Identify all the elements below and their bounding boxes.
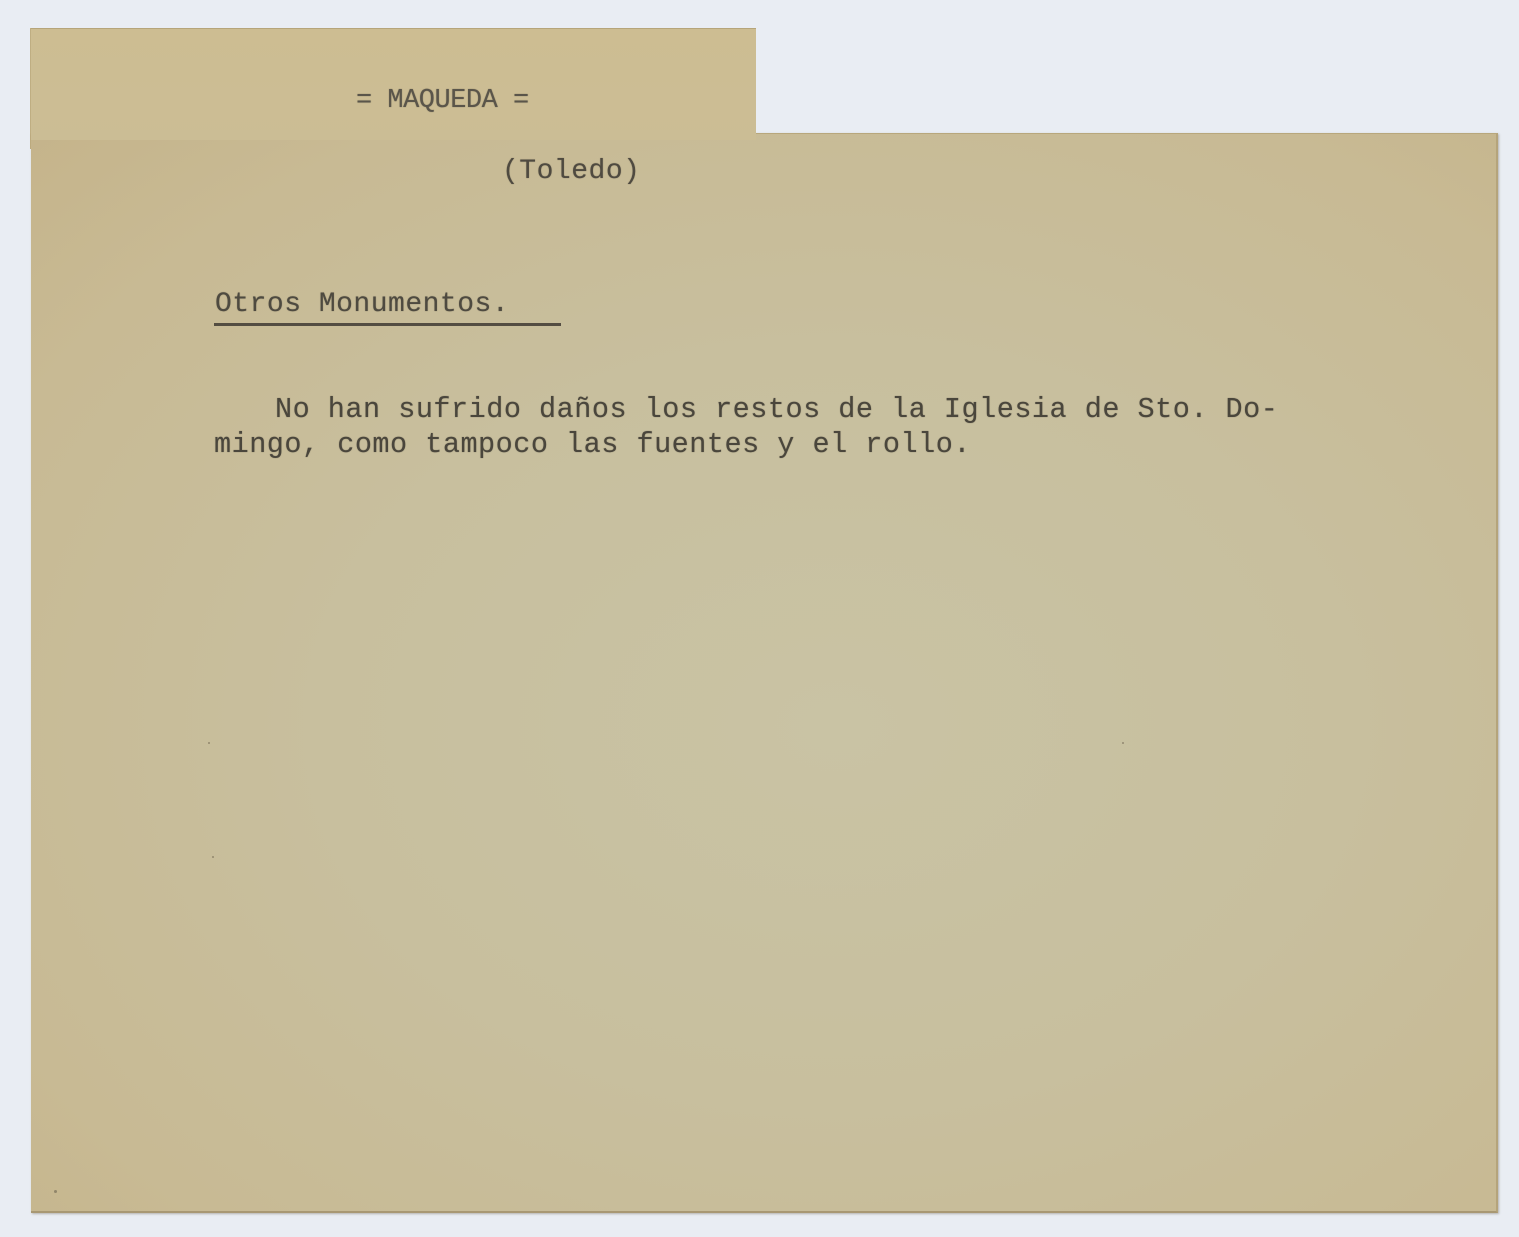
paragraph-line-2: mingo, como tampoco las fuentes y el rol… [214,428,971,461]
document-subtitle: (Toledo) [502,156,640,187]
section-heading: Otros Monumentos. [215,289,509,320]
paragraph-line-1: No han sufrido daños los restos de la Ig… [275,393,1278,426]
heading-underline [214,323,561,326]
document-title: = MAQUEDA = [356,86,529,116]
paper-speck [1122,742,1124,744]
paper-speck [208,742,210,744]
paper-speck [212,856,214,858]
index-card: = MAQUEDA = (Toledo) Otros Monumentos. N… [0,0,1519,1237]
card-seam [31,130,756,140]
paper-speck [54,1190,57,1193]
